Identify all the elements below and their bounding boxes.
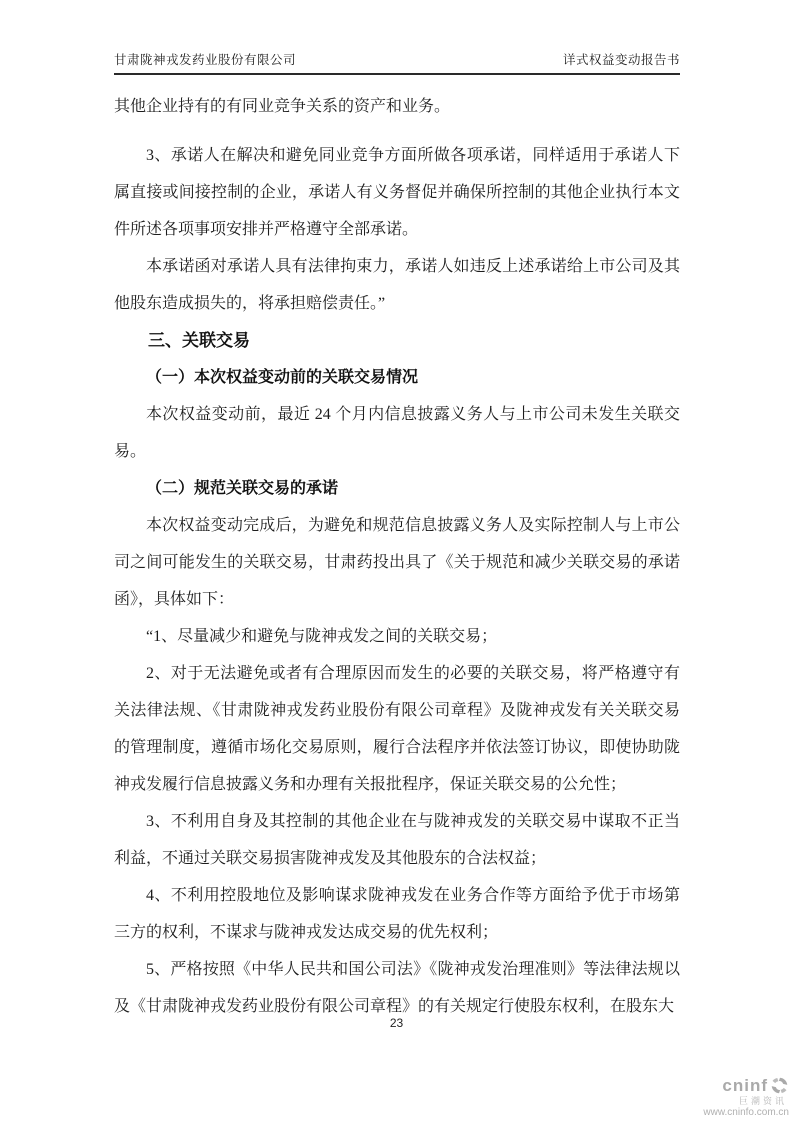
subsection-heading-before-change: （一）本次权益变动前的关联交易情况 xyxy=(114,359,680,396)
paragraph-commitment-binding: 本承诺函对承诺人具有法律拘束力，承诺人如违反上述承诺给上市公司及其他股东造成损失… xyxy=(114,248,680,322)
header-company-name: 甘肃陇神戎发药业股份有限公司 xyxy=(114,52,296,68)
paragraph-commitment-intro: 本次权益变动完成后，为避免和规范信息披露义务人及实际控制人与上市公司之间可能发生… xyxy=(114,507,680,618)
document-page: 甘肃陇神戎发药业股份有限公司 详式权益变动报告书 其他企业持有的有同业竞争关系的… xyxy=(0,0,793,1122)
paragraph-item-4: 4、不利用控股地位及影响谋求陇神戎发在业务合作等方面给予优于市场第三方的权利，不… xyxy=(114,877,680,951)
page-number: 23 xyxy=(0,1016,793,1030)
paragraph-item-3: 3、不利用自身及其控制的其他企业在与陇神戎发的关联交易中谋取不正当利益，不通过关… xyxy=(114,803,680,877)
paragraph-item-2: 2、对于无法避免或者有合理原因而发生的必要的关联交易，将严格遵守有关法律法规、《… xyxy=(114,655,680,803)
cninfo-swirl-icon xyxy=(770,1076,789,1095)
paragraph-before-change: 本次权益变动前，最近 24 个月内信息披露义务人与上市公司未发生关联交易。 xyxy=(114,396,680,470)
header-doc-title: 详式权益变动报告书 xyxy=(563,52,680,68)
cninfo-chinese-name: 巨潮资讯 xyxy=(703,1097,789,1106)
subsection-heading-commitment: （二）规范关联交易的承诺 xyxy=(114,470,680,507)
cninfo-url: www.cninfo.com.cn xyxy=(703,1108,789,1118)
paragraph-commitment-3: 3、承诺人在解决和避免同业竞争方面所做各项承诺，同样适用于承诺人下属直接或间接控… xyxy=(114,137,680,248)
cninfo-logo: cninf 巨潮资讯 www.cninfo.com.cn xyxy=(703,1076,789,1118)
cninfo-brand-row: cninf xyxy=(703,1076,789,1095)
cninfo-brand-text: cninf xyxy=(722,1077,768,1094)
paragraph-item-1: “1、尽量减少和避免与陇神戎发之间的关联交易； xyxy=(114,618,680,655)
document-body: 其他企业持有的有同业竞争关系的资产和业务。 3、承诺人在解决和避免同业竞争方面所… xyxy=(114,88,680,1025)
paragraph-continuation: 其他企业持有的有同业竞争关系的资产和业务。 xyxy=(114,88,680,125)
page-header: 甘肃陇神戎发药业股份有限公司 详式权益变动报告书 xyxy=(114,52,680,75)
paragraph-item-5: 5、严格按照《中华人民共和国公司法》《陇神戎发治理准则》等法律法规以及《甘肃陇神… xyxy=(114,951,680,1025)
section-heading-related-transactions: 三、关联交易 xyxy=(114,322,680,359)
